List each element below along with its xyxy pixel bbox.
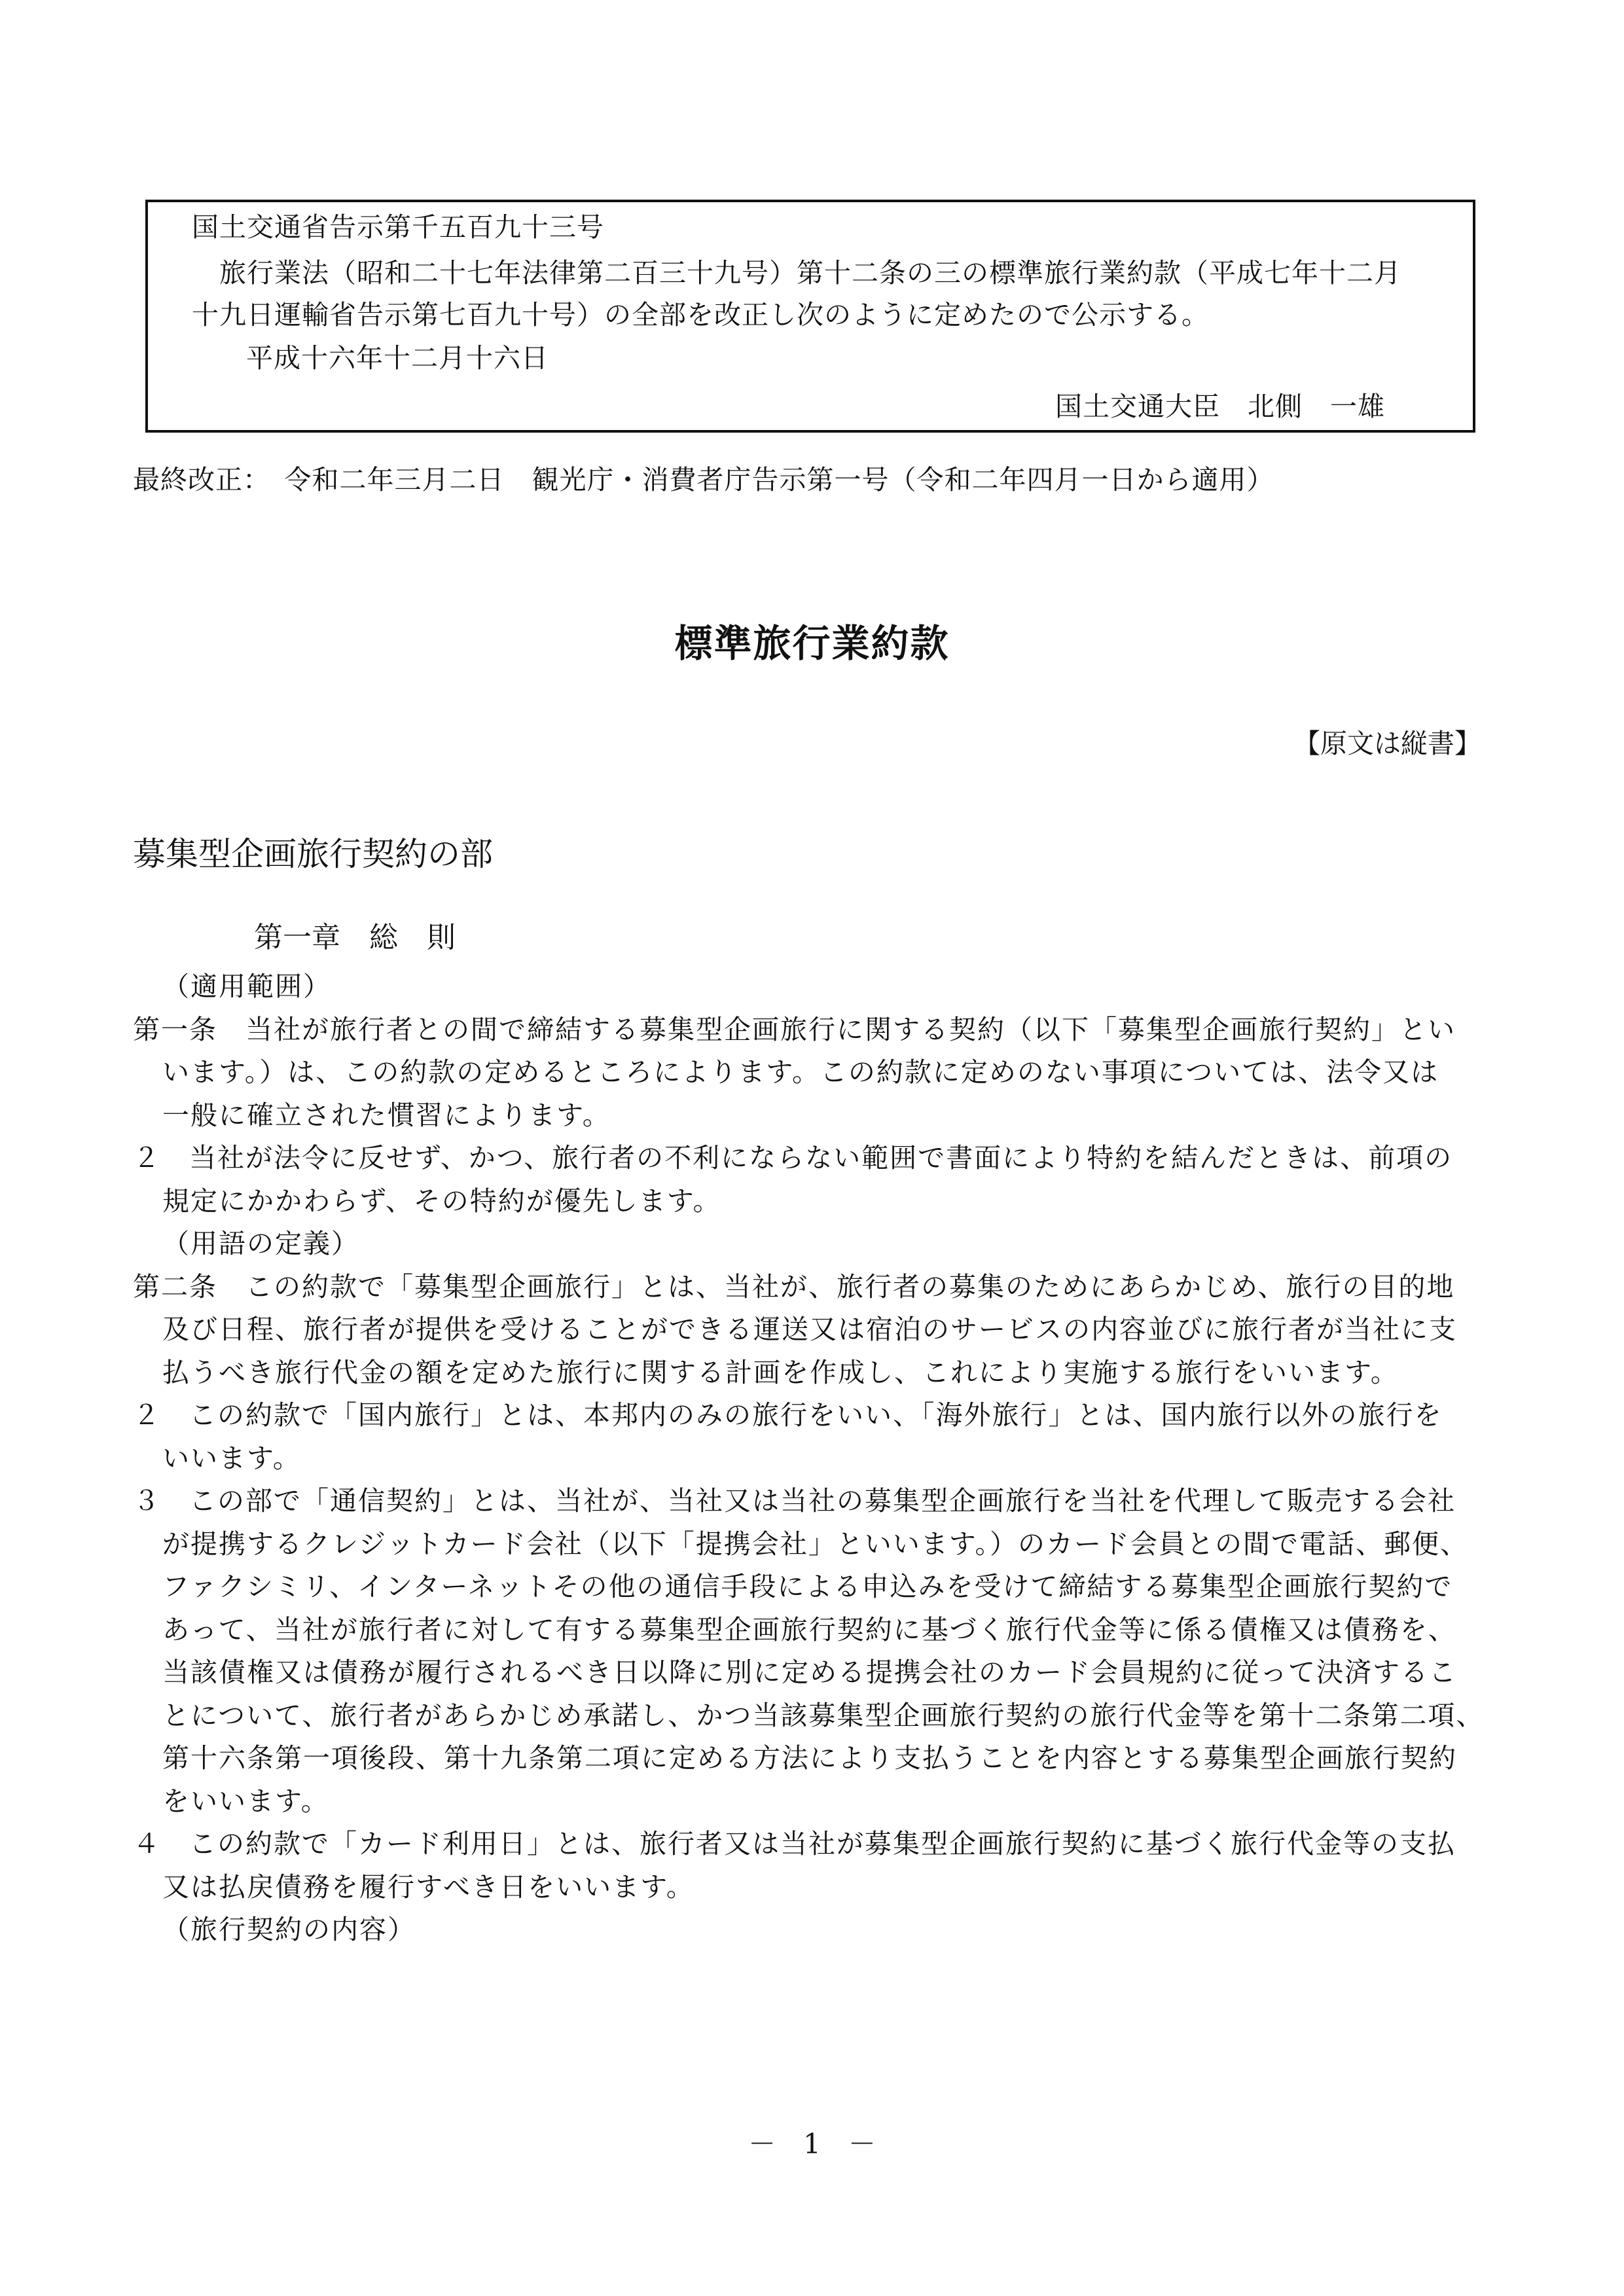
chapter-heading: 第一章 総 則: [254, 920, 456, 956]
notice-body-line-2: 十九日運輸省告示第七百九十号）の全部を改正し次のように定めたので公示する。: [192, 298, 1209, 331]
notice-date: 平成十六年十二月十六日: [246, 342, 549, 374]
article-line: ファクシミリ、インターネットその他の通信手段による申込みを受けて締結する募集型企…: [162, 1570, 1453, 1603]
article-line: 一般に確立された慣習によります。: [162, 1099, 611, 1132]
notice-signatory: 国土交通大臣 北側 一雄: [1055, 390, 1385, 423]
document-title: 標準旅行業約款: [0, 620, 1624, 666]
article-caption: （適用範囲）: [162, 970, 331, 1003]
article-line: とについて、旅行者があらかじめ承諾し、かつ当該募集型企画旅行契約の旅行代金等を第…: [162, 1699, 1484, 1732]
notice-body-line-1: 旅行業法（昭和二十七年法律第二百三十九号）第十二条の三の標準旅行業約款（平成七年…: [219, 257, 1401, 289]
article-line: いいます。: [162, 1442, 301, 1475]
last-revision: 最終改正： 令和二年三月二日 観光庁・消費者庁告示第一号（令和二年四月一日から適…: [133, 463, 1274, 496]
article-line: ４ この約款で「カード利用日」とは、旅行者又は当社が募集型企画旅行契約に基づく旅…: [133, 1827, 1456, 1860]
article-line: あって、当社が旅行者に対して有する募集型企画旅行契約に基づく旅行代金等に係る債権…: [162, 1613, 1456, 1646]
article-line: 第一条 当社が旅行者との間で締結する募集型企画旅行に関する契約（以下「募集型企画…: [133, 1013, 1456, 1046]
page-number: － 1 －: [0, 2126, 1624, 2162]
article-line: 又は払戻債務を履行すべき日をいいます。: [162, 1871, 695, 1903]
notice-number: 国土交通省告示第千五百九十三号: [192, 211, 604, 243]
article-line: ２ この約款で「国内旅行」とは、本邦内のみの旅行をいい、「海外旅行」とは、国内旅…: [133, 1399, 1443, 1431]
article-line: 規定にかかわらず、その特約が優先します。: [162, 1185, 721, 1217]
article-line: 払うべき旅行代金の額を定めた旅行に関する計画を作成し、これにより実施する旅行をい…: [162, 1356, 1399, 1389]
article-line: ３ この部で「通信契約」とは、当社が、当社又は当社の募集型企画旅行を当社を代理し…: [133, 1484, 1456, 1517]
article-caption: （用語の定義）: [162, 1227, 359, 1260]
article-line: 当該債権又は債務が履行されるべき日以降に別に定める提携会社のカード会員規約に従っ…: [162, 1656, 1457, 1689]
article-line: 第十六条第一項後段、第十九条第二項に定める方法により支払うことを内容とする募集型…: [162, 1742, 1457, 1774]
part-heading: 募集型企画旅行契約の部: [133, 831, 493, 877]
article-line: 第二条 この約款で「募集型企画旅行」とは、当社が、旅行者の募集のためにあらかじめ…: [133, 1270, 1454, 1303]
article-line: 及び日程、旅行者が提供を受けることができる運送又は宿泊のサービスの内容並びに旅行…: [162, 1313, 1457, 1346]
original-vertical-note: 【原文は縦書】: [1293, 725, 1481, 762]
article-line: をいいます。: [162, 1785, 329, 1818]
article-caption: （旅行契約の内容）: [162, 1913, 416, 1946]
article-line: ２ 当社が法令に反せず、かつ、旅行者の不利にならない範囲で書面により特約を結んだ…: [133, 1141, 1453, 1174]
article-line: います。）は、この約款の定めるところによります。この約款に定めのない事項について…: [162, 1056, 1439, 1088]
article-line: が提携するクレジットカード会社（以下「提携会社」といいます。）のカード会員との間…: [162, 1528, 1468, 1560]
